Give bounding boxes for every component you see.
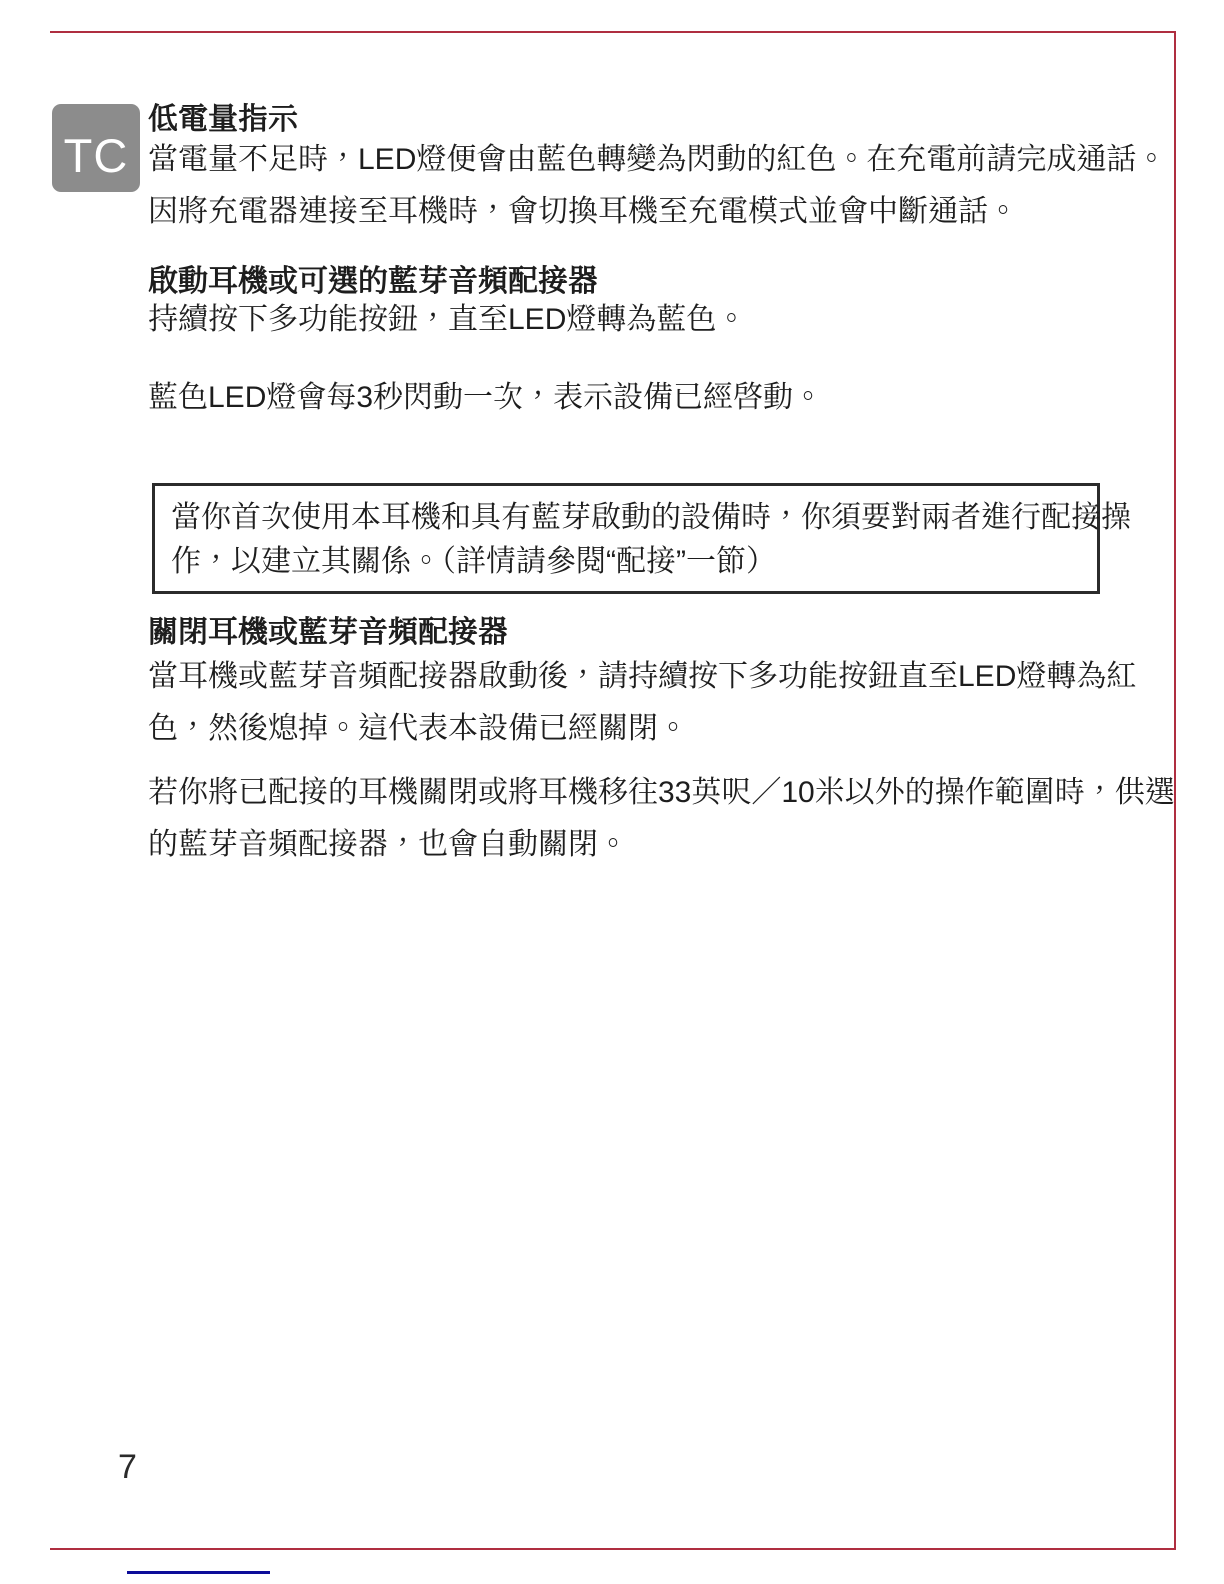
- text-line: 色，然後熄掉。這代表本設備已經關閉。: [148, 703, 1118, 755]
- text-line: 當電量不足時，LED燈便會由藍色轉變為閃動的紅色。在充電前請完成通話。: [148, 134, 1118, 186]
- footer-accent-line: [127, 1571, 270, 1574]
- paragraph-power-on: 持續按下多功能按鈕，直至LED燈轉為藍色。: [148, 294, 1118, 346]
- text-line: 當耳機或藍芽音頻配接器啟動後，請持續按下多功能按鈕直至LED燈轉為紅: [148, 651, 1118, 703]
- text-line: 作，以建立其關係。（詳情請參閱“配接”一節）: [171, 540, 1087, 584]
- text-line: 的藍芽音頻配接器，也會自動關閉。: [148, 819, 1118, 871]
- paragraph-power-off: 當耳機或藍芽音頻配接器啟動後，請持續按下多功能按鈕直至LED燈轉為紅 色，然後熄…: [148, 651, 1118, 755]
- manual-page: TC 低電量指示 當電量不足時，LED燈便會由藍色轉變為閃動的紅色。在充電前請完…: [0, 0, 1224, 1584]
- paragraph-blue-led: 藍色LED燈會每3秒閃動一次，表示設備已經啓動。: [148, 372, 1118, 424]
- text-line: 因將充電器連接至耳機時，會切換耳機至充電模式並會中斷通話。: [148, 186, 1118, 238]
- paragraph-auto-off: 若你將已配接的耳機關閉或將耳機移往33英呎／10米以外的操作範圍時，供選 的藍芽…: [148, 767, 1118, 871]
- paragraph-low-battery: 當電量不足時，LED燈便會由藍色轉變為閃動的紅色。在充電前請完成通話。 因將充電…: [148, 134, 1118, 238]
- page-number: 7: [118, 1448, 137, 1487]
- text-line: 若你將已配接的耳機關閉或將耳機移往33英呎／10米以外的操作範圍時，供選: [148, 767, 1118, 819]
- pairing-note-box: 當你首次使用本耳機和具有藍芽啟動的設備時，你須要對兩者進行配接操 作，以建立其關…: [152, 483, 1100, 594]
- text-line: 當你首次使用本耳機和具有藍芽啟動的設備時，你須要對兩者進行配接操: [171, 496, 1087, 540]
- language-badge-tc: TC: [52, 104, 140, 192]
